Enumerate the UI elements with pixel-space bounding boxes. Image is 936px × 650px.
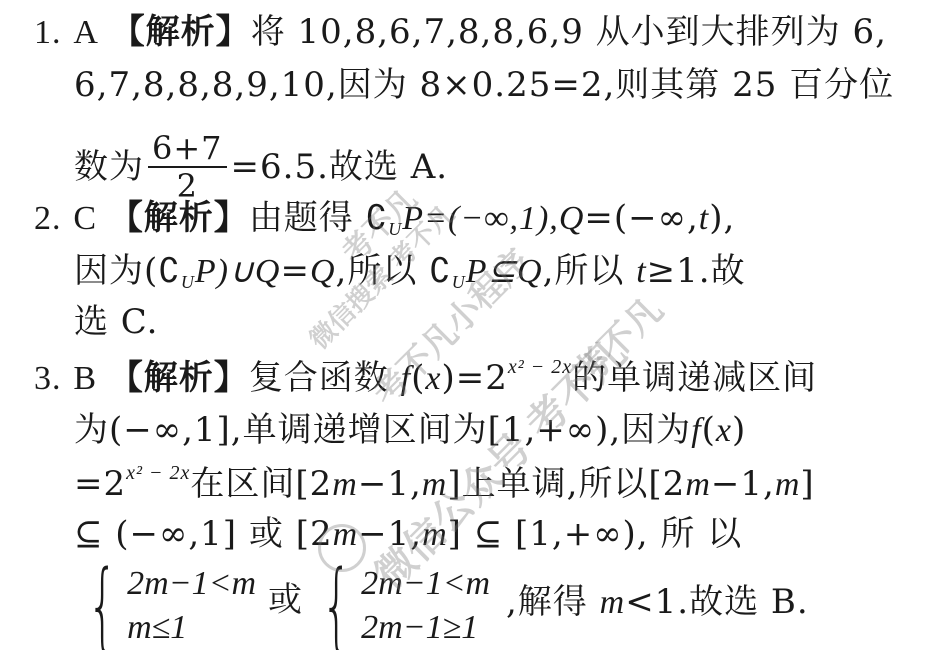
- math-var: t: [636, 253, 646, 290]
- text: ): [732, 410, 746, 450]
- answer-letter: A: [73, 14, 99, 51]
- text: −1,: [358, 514, 422, 554]
- text: ,解得: [506, 582, 600, 622]
- text: 的单调递减区间: [572, 358, 817, 398]
- system-row: 2m−1<m: [361, 562, 490, 606]
- text: ),: [709, 198, 735, 238]
- problem-2-line-1: 2. C 【解析】由题得 ∁UP=(−∞,1),Q=(−∞,t),: [34, 198, 735, 239]
- text: ] ⊆ [1,+∞), 所 以: [448, 514, 743, 554]
- problem-3-conclusion: ,解得 m<1.故选 B.: [506, 582, 809, 623]
- math-var: m: [685, 466, 711, 503]
- inequality-system-1: { 2m−1<m m≤1: [72, 558, 256, 650]
- system-row: 2m−1≥1: [361, 606, 490, 650]
- text: ⊆ (−∞,1] 或 [2: [74, 514, 333, 554]
- text: 或: [268, 580, 303, 620]
- exponent: x² − 2x: [508, 356, 572, 378]
- problem-1-line-3: 数为 6+7 2 =6.5.故选 A.: [74, 130, 448, 204]
- math-var: Q: [559, 200, 585, 237]
- subscript: U: [388, 219, 402, 239]
- math-var: t: [699, 200, 709, 237]
- math-var: x: [716, 412, 732, 449]
- system-row: m≤1: [127, 606, 256, 650]
- problem-3-line-4: ⊆ (−∞,1] 或 [2m−1,m] ⊆ [1,+∞), 所 以: [74, 514, 742, 555]
- text: −1,: [358, 464, 422, 504]
- answer-letter: B: [73, 360, 97, 397]
- text: )=2: [441, 358, 507, 398]
- text: 6,7,8,8,8,9,10,因为 8×0.25=2,则其第 25 百分位: [74, 65, 894, 105]
- left-brace: {: [87, 558, 118, 650]
- math-var: x: [425, 360, 441, 397]
- text: =6.5.故选 A.: [231, 147, 449, 187]
- text: 在区间[2: [190, 464, 332, 504]
- inequality-system-2: { 2m−1<m 2m−1≥1: [306, 558, 490, 650]
- math-var: Q: [255, 253, 281, 290]
- text: 因为(∁: [74, 251, 181, 291]
- subscript: U: [452, 272, 466, 292]
- left-brace: {: [321, 558, 352, 650]
- fraction: 6+7 2: [148, 130, 227, 204]
- system-rows: 2m−1<m 2m−1≥1: [361, 562, 490, 650]
- problem-number: 1.: [34, 14, 62, 51]
- problem-number: 3.: [34, 360, 62, 397]
- text: ]: [800, 464, 814, 504]
- text: (: [702, 410, 716, 450]
- problem-2-line-3: 选 C.: [74, 302, 158, 342]
- text: ,所以: [543, 251, 637, 291]
- text: −1,: [711, 464, 775, 504]
- problem-2-line-2: 因为(∁UP)∪Q=Q,所以 ∁UP⊆Q,所以 t≥1.故: [74, 251, 746, 292]
- math-var: f: [401, 360, 411, 397]
- math-var: m: [775, 466, 801, 503]
- math-var: f: [691, 412, 701, 449]
- problem-1-line-2: 6,7,8,8,8,9,10,因为 8×0.25=2,则其第 25 百分位: [74, 65, 894, 105]
- wechat-logo-icon: [318, 524, 366, 572]
- text: (: [411, 358, 425, 398]
- text: 将 10,8,6,7,8,8,6,9 从小到大排列为 6,: [251, 12, 887, 52]
- or-text: 或: [268, 580, 303, 620]
- text: 复合函数: [249, 358, 401, 398]
- analysis-tag: 【解析】: [109, 358, 249, 398]
- problem-1-line-1: 1. A 【解析】将 10,8,6,7,8,8,6,9 从小到大排列为 6,: [34, 12, 887, 53]
- numerator: 6+7: [148, 130, 227, 168]
- subscript: U: [181, 272, 195, 292]
- math-var: m: [422, 466, 448, 503]
- text: 数为: [74, 147, 144, 187]
- text: 由题得 ∁: [249, 198, 388, 238]
- problem-number: 2.: [34, 200, 62, 237]
- text: 为(−∞,1],单调递增区间为[1,+∞),因为: [74, 410, 691, 450]
- problem-3-line-2: 为(−∞,1],单调递增区间为[1,+∞),因为f(x): [74, 410, 746, 451]
- math-var: m: [600, 584, 626, 621]
- text: =2: [74, 464, 126, 504]
- math-var: m: [332, 466, 358, 503]
- solution-page: 1. A 【解析】将 10,8,6,7,8,8,6,9 从小到大排列为 6, 6…: [0, 0, 936, 650]
- text: =: [280, 251, 310, 291]
- analysis-tag: 【解析】: [111, 12, 251, 52]
- text: <1.故选 B.: [625, 582, 809, 622]
- analysis-tag: 【解析】: [109, 198, 249, 238]
- text: 选 C.: [74, 302, 158, 342]
- answer-letter: C: [73, 200, 97, 237]
- math: P⊆: [466, 253, 517, 290]
- text: ,所以 ∁: [336, 251, 452, 291]
- math-var: m: [422, 516, 448, 553]
- text: ]上单调,所以[2: [447, 464, 685, 504]
- math-var: Q: [517, 253, 543, 290]
- problem-3-line-1: 3. B 【解析】复合函数 f(x)=2x² − 2x的单调递减区间: [34, 358, 817, 399]
- text: =(−∞,: [584, 198, 698, 238]
- exponent: x² − 2x: [126, 462, 190, 484]
- system-row: 2m−1<m: [127, 562, 256, 606]
- math-var: Q: [310, 253, 336, 290]
- math: P=(−∞,1),: [402, 200, 559, 237]
- math: P)∪: [195, 253, 255, 290]
- system-rows: 2m−1<m m≤1: [127, 562, 256, 650]
- text: ≥1.故: [647, 251, 746, 291]
- problem-3-line-3: =2x² − 2x在区间[2m−1,m]上单调,所以[2m−1,m]: [74, 464, 815, 505]
